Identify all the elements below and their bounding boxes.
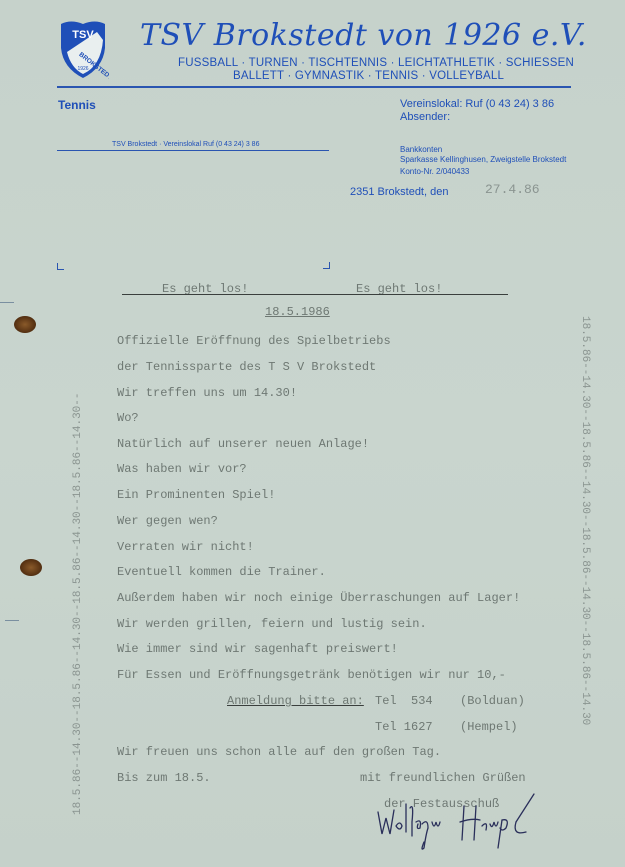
body-line: Natürlich auf unserer neuen Anlage!	[117, 437, 369, 451]
sports-list-line-1: FUSSBALL · TURNEN · TISCHTENNIS · LEICHT…	[178, 57, 574, 69]
body-line: Verraten wir nicht!	[117, 540, 254, 554]
contact-tel-1: Tel 534	[375, 694, 433, 708]
sports-list-line-2: BALLETT · GYMNASTIK · TENNIS · VOLLEYBAL…	[233, 70, 504, 82]
absender-label: Absender:	[400, 111, 554, 124]
tsv-shield-logo-icon: TSV BROKSTEDT 1926	[57, 18, 109, 80]
address-window-corner-left	[57, 263, 64, 270]
place-label: 2351 Brokstedt, den	[350, 186, 448, 198]
closing-line: Wir freuen uns schon alle auf den großen…	[117, 745, 441, 759]
bank-info: Bankkonten Sparkasse Kellinghusen, Zweig…	[400, 145, 566, 165]
contact-name-1: (Bolduan)	[460, 694, 525, 708]
body-line: Wer gegen wen?	[117, 514, 218, 528]
letter-date: 27.4.86	[485, 182, 540, 197]
body-line: Wo?	[117, 411, 139, 425]
return-address-rule	[57, 150, 329, 151]
account-number: Konto-Nr. 2/040433	[400, 167, 469, 176]
see-you-line: Bis zum 18.5.	[117, 771, 211, 785]
return-address-line: TSV Brokstedt · Vereinslokal Ruf (0 43 2…	[112, 141, 259, 148]
bank-name: Sparkasse Kellinghusen, Zweigstelle Brok…	[400, 155, 566, 165]
svg-text:TSV: TSV	[72, 29, 94, 41]
contact-name-2: (Hempel)	[460, 720, 518, 734]
header-divider	[57, 86, 571, 88]
body-line: Eventuell kommen die Trainer.	[117, 565, 326, 579]
fold-mark-top	[0, 302, 14, 303]
body-line: Wie immer sind wir sagenhaft preiswert!	[117, 642, 398, 656]
body-line: Was haben wir vor?	[117, 462, 247, 476]
body-line: Ein Prominenten Spiel!	[117, 488, 275, 502]
department-label: Tennis	[58, 98, 96, 112]
punch-hole-top	[14, 316, 36, 333]
body-line: Wir werden grillen, feiern und lustig se…	[117, 617, 427, 631]
body-line: Für Essen und Eröffnungsgetränk benötige…	[117, 668, 506, 682]
margin-text-left: 18.5.86--14.30--18.5.86--14.30--18.5.86-…	[72, 393, 84, 815]
bank-label: Bankkonten	[400, 145, 566, 155]
svg-text:1926: 1926	[77, 66, 88, 72]
headline-underline	[122, 294, 508, 295]
event-date: 18.5.1986	[265, 305, 330, 319]
club-contact-block: Vereinslokal: Ruf (0 43 24) 3 86 Absende…	[400, 98, 554, 124]
greeting: mit freundlichen Grüßen	[360, 771, 526, 785]
body-line: Außerdem haben wir noch einige Überrasch…	[117, 591, 520, 605]
letter-page: TSV BROKSTEDT 1926 TSV Brokstedt von 192…	[0, 0, 625, 867]
handwritten-signature-icon	[376, 792, 546, 852]
vereinslokal-phone: Vereinslokal: Ruf (0 43 24) 3 86	[400, 98, 554, 111]
fold-mark-bottom	[5, 620, 19, 621]
punch-hole-bottom	[20, 559, 42, 576]
club-title: TSV Brokstedt von 1926 e.V.	[140, 18, 587, 53]
body-line: der Tennissparte des T S V Brokstedt	[117, 360, 376, 374]
margin-text-right: 18.5.86--14.30--18.5.86--14.30--18.5.86-…	[579, 316, 591, 725]
contact-tel-2: Tel 1627	[375, 720, 433, 734]
body-line: Offizielle Eröffnung des Spielbetriebs	[117, 334, 391, 348]
body-line: Wir treffen uns um 14.30!	[117, 386, 297, 400]
registration-label: Anmeldung bitte an:	[227, 694, 364, 708]
address-window-corner-right	[323, 262, 330, 269]
